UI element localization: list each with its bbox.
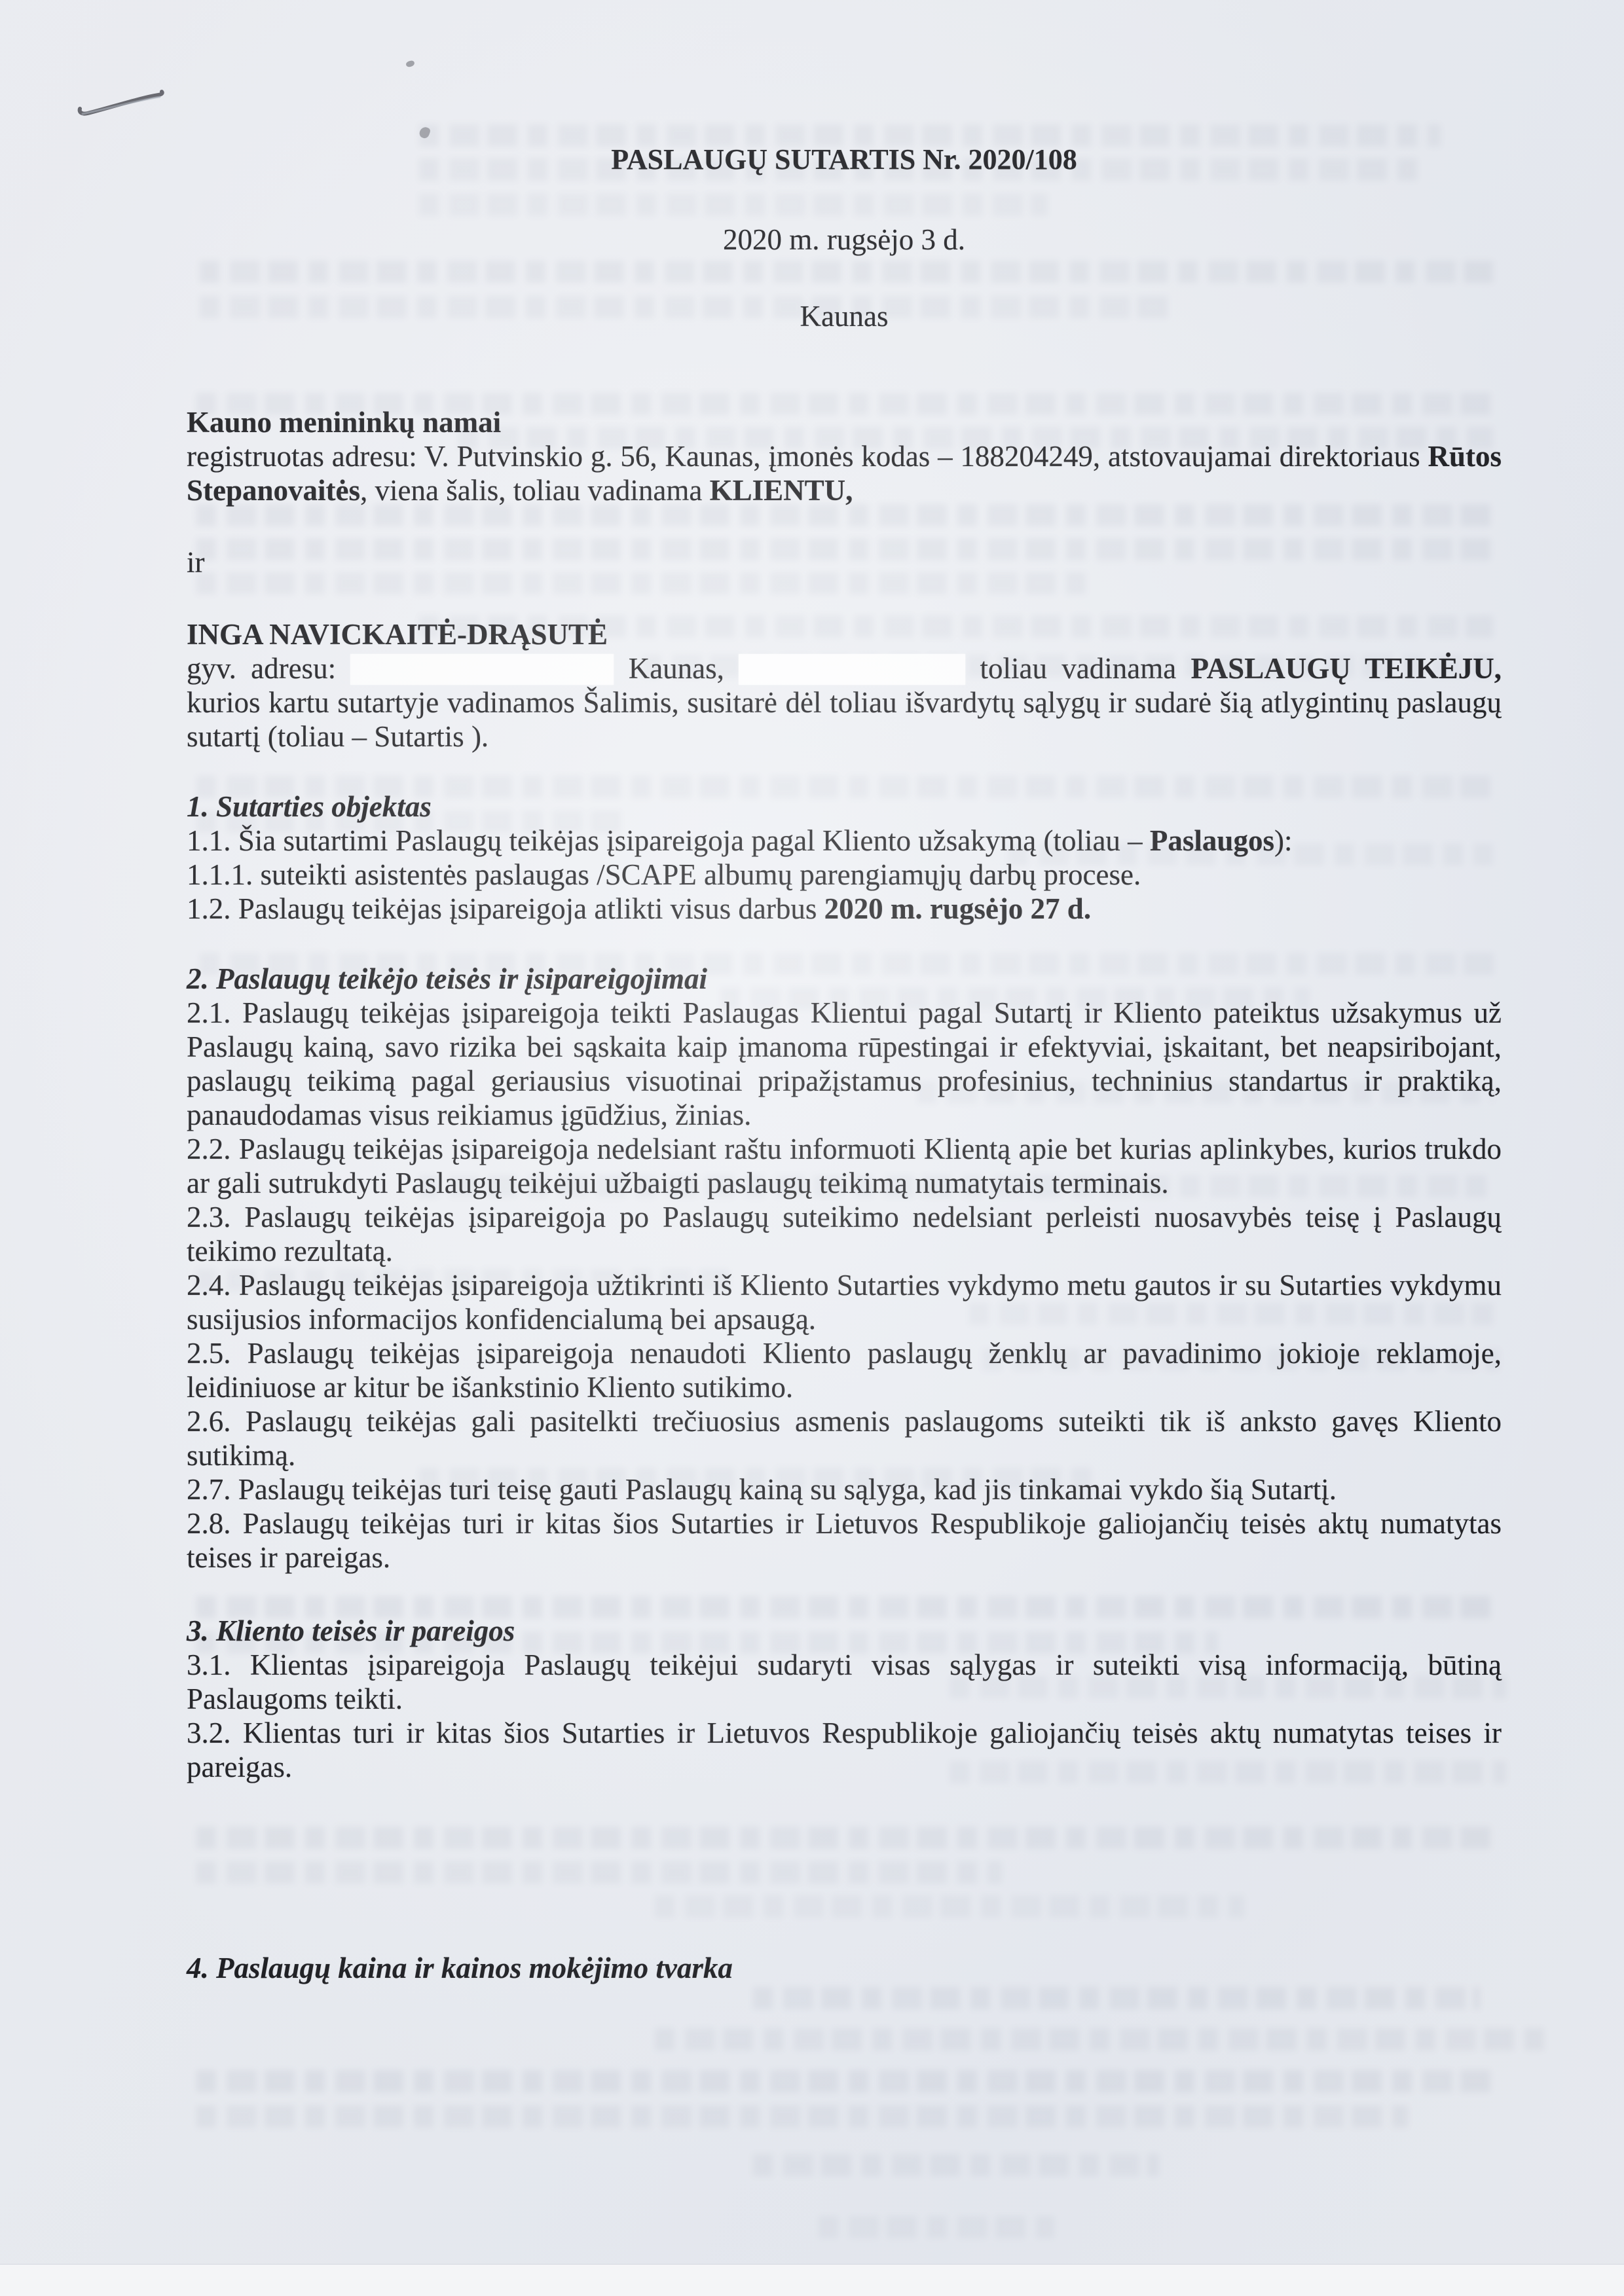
redaction-box xyxy=(350,654,614,685)
text-run: toliau vadinama xyxy=(965,652,1190,685)
bold-text-run: PASLAUGŲ TEIKĖJU, xyxy=(1191,652,1502,685)
clause-3-1: 3.1. Klientas įsipareigoja Paslaugų teik… xyxy=(187,1648,1502,1716)
text-run: 1.1.1. suteikti asistentės paslaugas /SC… xyxy=(187,858,1141,891)
clause-2-7: 2.7. Paslaugų teikėjas turi teisę gauti … xyxy=(187,1472,1502,1506)
clause-1-1-1: 1.1.1. suteikti asistentės paslaugas /SC… xyxy=(187,858,1502,892)
text-run: kurios kartu sutartyje vadinamos Šalimis… xyxy=(187,686,1502,753)
section-2-heading: 2. Paslaugų teikėjo teisės ir įsipareigo… xyxy=(187,962,1502,996)
clause-2-4: 2.4. Paslaugų teikėjas įsipareigoja užti… xyxy=(187,1268,1502,1336)
contract-city: Kaunas xyxy=(187,299,1502,333)
text-run: 1. Sutarties objektas xyxy=(187,790,432,823)
text-run: 2.2. Paslaugų teikėjas įsipareigoja nede… xyxy=(187,1133,1502,1199)
contract-date: 2020 m. rugsėjo 3 d. xyxy=(187,223,1502,257)
client-party-block: Kauno menininkų namairegistruotas adresu… xyxy=(187,405,1502,507)
bold-text-run: INGA NAVICKAITĖ-DRĄSUTĖ xyxy=(187,618,608,651)
text-run: 2.7. Paslaugų teikėjas turi teisę gauti … xyxy=(187,1473,1337,1506)
contract-document: PASLAUGŲ SUTARTIS Nr. 2020/108 2020 m. r… xyxy=(187,143,1502,1985)
bleed-through-line xyxy=(753,1987,1480,2009)
text-run: ir xyxy=(187,546,205,579)
ink-speck xyxy=(405,60,415,68)
ink-speck xyxy=(418,126,432,139)
scan-edge-strip xyxy=(0,2264,1624,2296)
conjunction-ir: ir xyxy=(187,545,1502,579)
clause-2-6: 2.6. Paslaugų teikėjas gali pasitelkti t… xyxy=(187,1404,1502,1472)
text-run: 2. Paslaugų teikėjo teisės ir įsipareigo… xyxy=(187,962,707,995)
redaction-box xyxy=(739,654,965,685)
text-run: 2.4. Paslaugų teikėjas įsipareigoja užti… xyxy=(187,1269,1502,1336)
text-run: 2.3. Paslaugų teikėjas įsipareigoja po P… xyxy=(187,1201,1502,1267)
section-1-heading: 1. Sutarties objektas xyxy=(187,790,1502,824)
clause-1-1: 1.1. Šia sutartimi Paslaugų teikėjas įsi… xyxy=(187,824,1502,858)
text-run: 2.6. Paslaugų teikėjas gali pasitelkti t… xyxy=(187,1405,1502,1472)
text-run: ): xyxy=(1274,824,1293,857)
text-run: 2.5. Paslaugų teikėjas įsipareigoja nena… xyxy=(187,1337,1502,1404)
text-run: 3.1. Klientas įsipareigoja Paslaugų teik… xyxy=(187,1649,1502,1715)
text-run: Kaunas, xyxy=(614,652,739,685)
text-run: 2.8. Paslaugų teikėjas turi ir kitas šio… xyxy=(187,1507,1502,1574)
clause-2-8: 2.8. Paslaugų teikėjas turi ir kitas šio… xyxy=(187,1506,1502,1575)
provider-party-block: INGA NAVICKAITĖ-DRĄSUTĖgyv. adresu: Kaun… xyxy=(187,617,1502,754)
text-run: 3.2. Klientas turi ir kitas šios Sutarti… xyxy=(187,1717,1502,1783)
clause-1-2: 1.2. Paslaugų teikėjas įsipareigoja atli… xyxy=(187,892,1502,926)
section-3-heading: 3. Kliento teisės ir pareigos xyxy=(187,1614,1502,1648)
contract-title: PASLAUGŲ SUTARTIS Nr. 2020/108 xyxy=(187,143,1502,177)
text-run: 4. Paslaugų kaina ir kainos mokėjimo tva… xyxy=(187,1952,733,1984)
bold-text-run: 2020 m. rugsėjo 27 d. xyxy=(824,892,1091,925)
bleed-through-line xyxy=(196,2070,1500,2092)
text-run: 1.2. Paslaugų teikėjas įsipareigoja atli… xyxy=(187,892,824,925)
text-run: registruotas adresu: V. Putvinskio g. 56… xyxy=(187,440,1428,473)
staple-mark xyxy=(76,80,168,119)
bleed-through-line xyxy=(655,2028,1545,2050)
clause-2-1: 2.1. Paslaugų teikėjas įsipareigoja teik… xyxy=(187,996,1502,1132)
bold-text-run: Kauno menininkų namai xyxy=(187,406,501,439)
text-run: 1.1. Šia sutartimi Paslaugų teikėjas įsi… xyxy=(187,824,1150,857)
clause-2-5: 2.5. Paslaugų teikėjas įsipareigoja nena… xyxy=(187,1336,1502,1404)
clause-2-2: 2.2. Paslaugų teikėjas įsipareigoja nede… xyxy=(187,1132,1502,1200)
bold-text-run: Paslaugos xyxy=(1150,824,1274,857)
text-run: gyv. adresu: xyxy=(187,652,350,685)
clause-2-3: 2.3. Paslaugų teikėjas įsipareigoja po P… xyxy=(187,1200,1502,1268)
bleed-through-line xyxy=(753,2154,1159,2176)
section-4-heading: 4. Paslaugų kaina ir kainos mokėjimo tva… xyxy=(187,1951,1502,1985)
bleed-through-line xyxy=(196,2105,1408,2128)
scanned-contract-page: PASLAUGŲ SUTARTIS Nr. 2020/108 2020 m. r… xyxy=(0,0,1624,2296)
text-run: 2.1. Paslaugų teikėjas įsipareigoja teik… xyxy=(187,996,1502,1131)
document-body: Kauno menininkų namairegistruotas adresu… xyxy=(187,405,1502,1985)
text-run: 3. Kliento teisės ir pareigos xyxy=(187,1614,515,1647)
bold-text-run: KLIENTU, xyxy=(710,474,853,507)
bleed-through-line xyxy=(819,2216,1054,2238)
clause-3-2: 3.2. Klientas turi ir kitas šios Sutarti… xyxy=(187,1716,1502,1784)
text-run: , viena šalis, toliau vadinama xyxy=(360,474,710,507)
